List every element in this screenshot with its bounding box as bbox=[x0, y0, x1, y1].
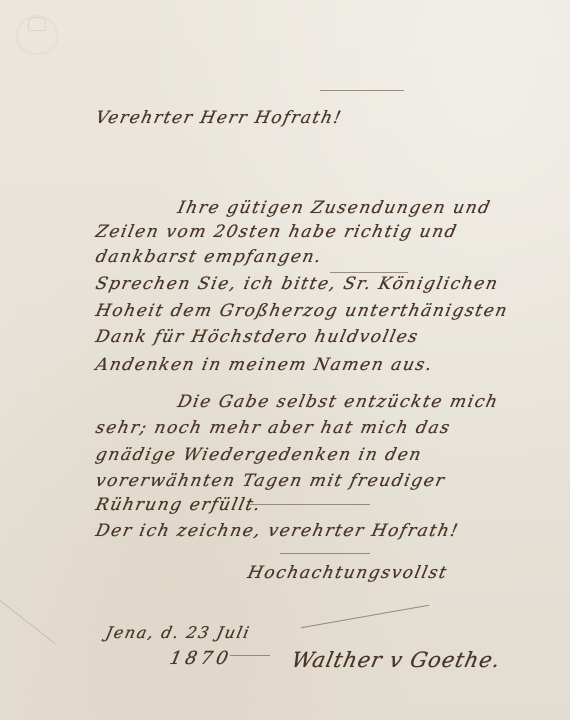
body-line: Zeilen vom 20sten habe richtig und bbox=[94, 222, 460, 242]
body-line: Dank für Höchstdero huldvolles bbox=[94, 327, 421, 347]
year-flourish bbox=[230, 655, 270, 656]
body-line: vorerwähnten Tagen mit freudiger bbox=[94, 471, 448, 491]
body-line: Sprechen Sie, ich bitte, Sr. Königlichen bbox=[94, 274, 501, 294]
body-line: Andenken in meinem Namen aus. bbox=[94, 355, 435, 375]
line-flourish bbox=[330, 272, 408, 273]
body-line: gnädige Wiedergedenken in den bbox=[94, 445, 424, 465]
body-line: Der ich zeichne, verehrter Hofrath! bbox=[94, 521, 461, 541]
closing: Hochachtungsvollst bbox=[246, 563, 450, 583]
signature: Walther v Goethe. bbox=[289, 648, 503, 672]
body-line: Hoheit dem Großherzog unterthänigsten bbox=[94, 301, 510, 321]
body-line: sehr; noch mehr aber hat mich das bbox=[94, 418, 453, 438]
closing-flourish bbox=[280, 553, 370, 554]
body-line: Die Gabe selbst entzückte mich bbox=[176, 392, 501, 412]
line-flourish bbox=[250, 504, 370, 505]
paper-fold-mark bbox=[0, 600, 55, 644]
salutation: Verehrter Herr Hofrath! bbox=[94, 108, 344, 128]
embossed-crest-icon bbox=[16, 15, 58, 55]
place-date: Jena, d. 23 Juli bbox=[104, 623, 252, 642]
salutation-flourish bbox=[320, 90, 404, 91]
letter-page: Verehrter Herr Hofrath! Ihre gütigen Zus… bbox=[0, 0, 570, 720]
body-line: dankbarst empfangen. bbox=[94, 247, 324, 267]
body-line: Ihre gütigen Zusendungen und bbox=[176, 198, 493, 218]
signature-flourish bbox=[301, 605, 429, 629]
year: 1870 bbox=[168, 648, 234, 669]
body-line: Rührung erfüllt. bbox=[94, 495, 263, 515]
